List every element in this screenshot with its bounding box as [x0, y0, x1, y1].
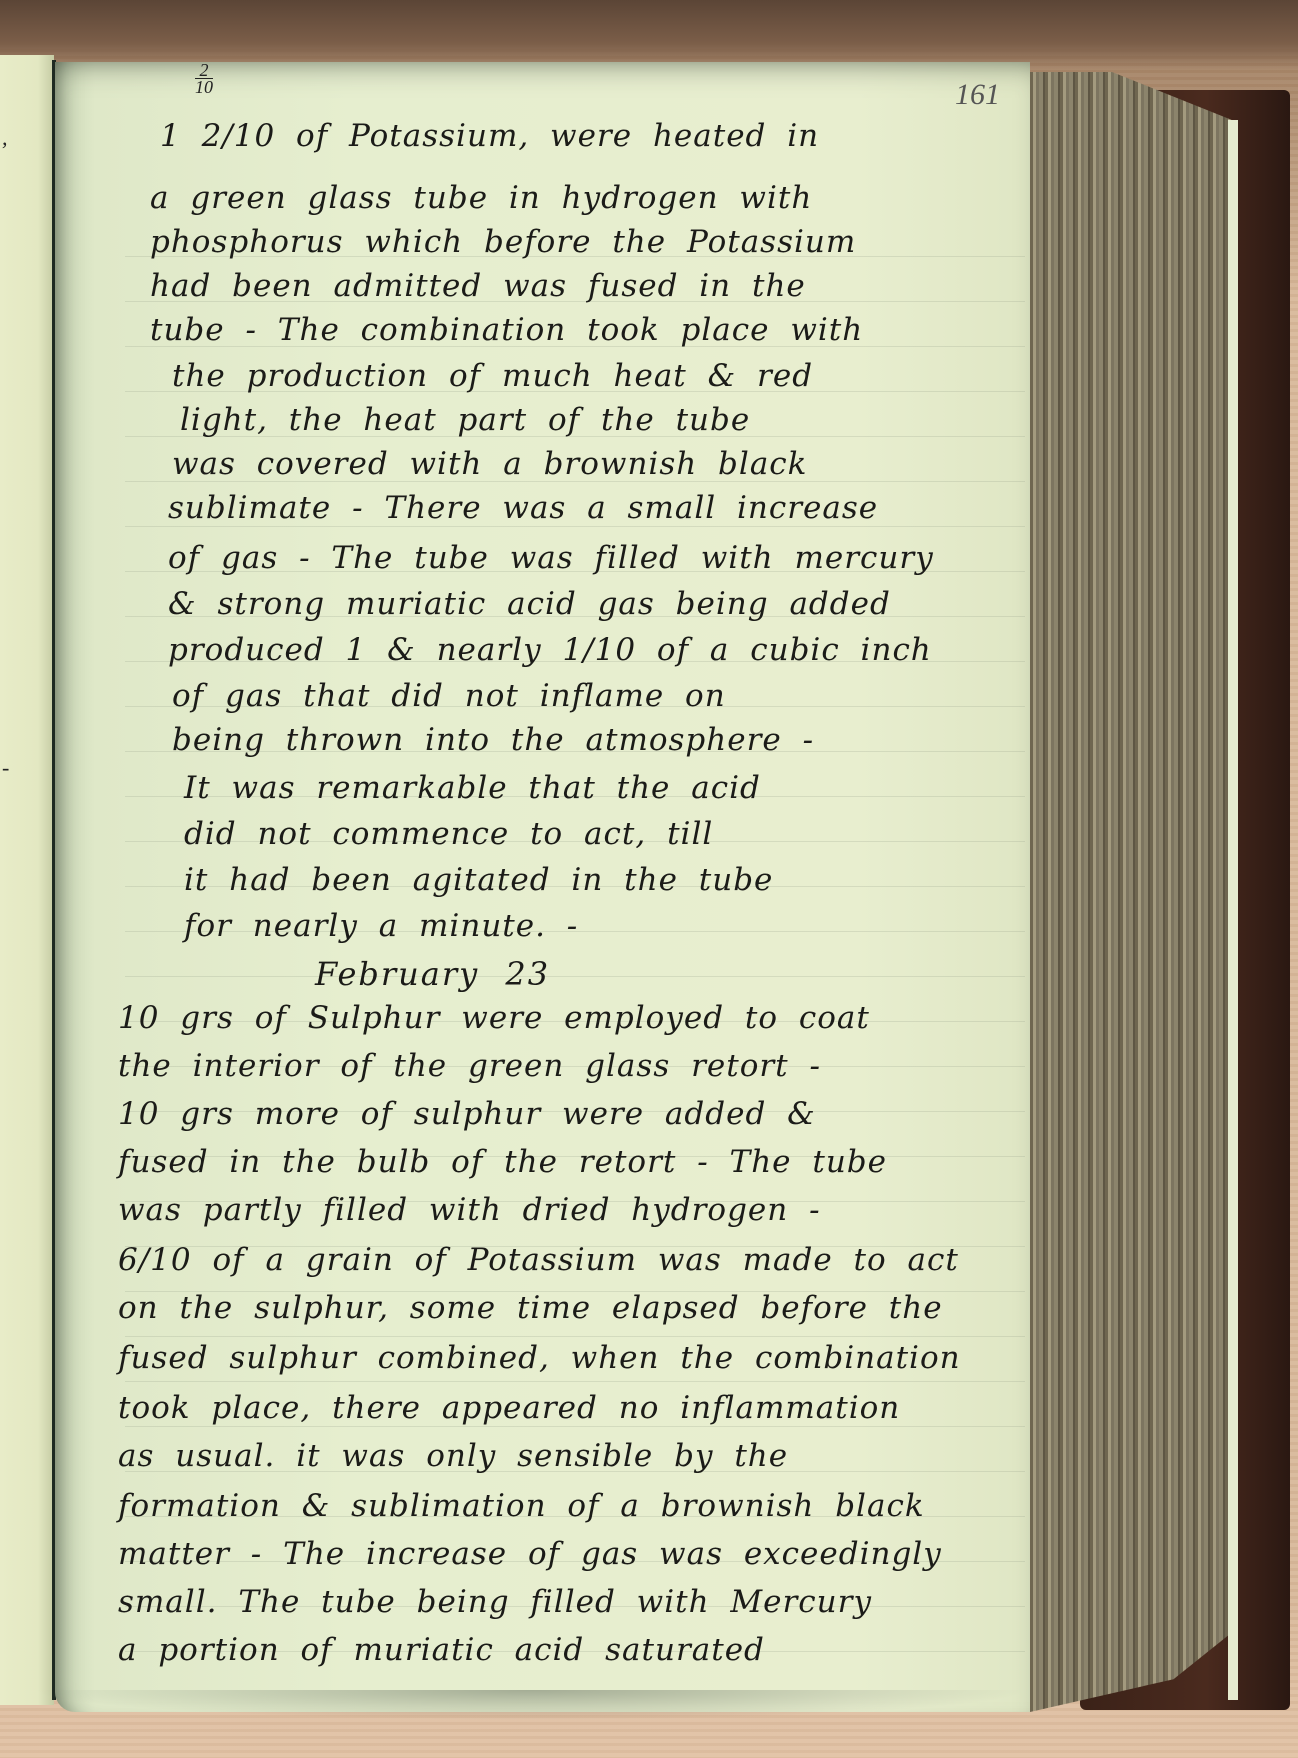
page-edge-highlight	[1228, 120, 1238, 1700]
fraction-denominator: 10	[195, 77, 213, 97]
page-number: 161	[955, 78, 1000, 112]
text-line: formation & sublimation of a brownish bl…	[118, 1488, 925, 1524]
text-line: it had been agitated in the tube	[184, 862, 773, 898]
text-line: took place, there appeared no inflammati…	[118, 1390, 900, 1426]
text-line: on the sulphur, some time elapsed before…	[118, 1290, 943, 1326]
text-line: tube - The combination took place with	[150, 312, 863, 348]
text-line: the interior of the green glass retort -	[118, 1048, 821, 1084]
text-line: produced 1 & nearly 1/10 of a cubic inch	[168, 632, 932, 668]
text-line: & strong muriatic acid gas being added	[168, 586, 891, 622]
left-facing-page: , -	[0, 55, 54, 1705]
text-line: small. The tube being filled with Mercur…	[118, 1584, 872, 1620]
left-page-mark: ,	[2, 125, 8, 151]
text-line: 10 grs more of sulphur were added &	[118, 1096, 816, 1132]
text-line: 6/10 of a grain of Potassium was made to…	[118, 1242, 959, 1278]
text-line: sublimate - There was a small increase	[168, 490, 878, 526]
text-line: It was remarkable that the acid	[184, 770, 761, 806]
text-line: did not commence to act, till	[184, 816, 713, 852]
folio-fraction: 2 10	[195, 62, 213, 95]
text-line: 1 2/10 of Potassium, were heated in	[160, 118, 819, 154]
top-shadow	[0, 0, 1298, 70]
left-page-mark: -	[2, 755, 9, 781]
text-line: the production of much heat & red	[172, 358, 813, 394]
text-line: for nearly a minute. -	[184, 908, 578, 944]
text-line: had been admitted was fused in the	[150, 268, 806, 304]
text-line: matter - The increase of gas was exceedi…	[118, 1536, 942, 1572]
text-line: a green glass tube in hydrogen with	[150, 180, 812, 216]
page-fore-edge	[1030, 72, 1235, 1712]
text-line: was covered with a brownish black	[172, 446, 807, 482]
text-line: was partly filled with dried hydrogen -	[118, 1192, 821, 1228]
page-bottom-shadow	[30, 1690, 1030, 1720]
text-line: as usual. it was only sensible by the	[118, 1438, 788, 1474]
text-line: fused sulphur combined, when the combina…	[118, 1340, 961, 1376]
text-line: of gas - The tube was filled with mercur…	[168, 540, 934, 576]
text-line: being thrown into the atmosphere -	[172, 722, 814, 758]
text-line: fused in the bulb of the retort - The tu…	[118, 1144, 887, 1180]
text-line: of gas that did not inflame on	[172, 678, 726, 714]
text-line: a portion of muriatic acid saturated	[118, 1632, 765, 1668]
entry-date-heading: February 23	[315, 955, 550, 993]
text-line: phosphorus which before the Potassium	[150, 224, 856, 260]
text-line: 10 grs of Sulphur were employed to coat	[118, 1000, 870, 1036]
text-line: light, the heat part of the tube	[180, 402, 750, 438]
